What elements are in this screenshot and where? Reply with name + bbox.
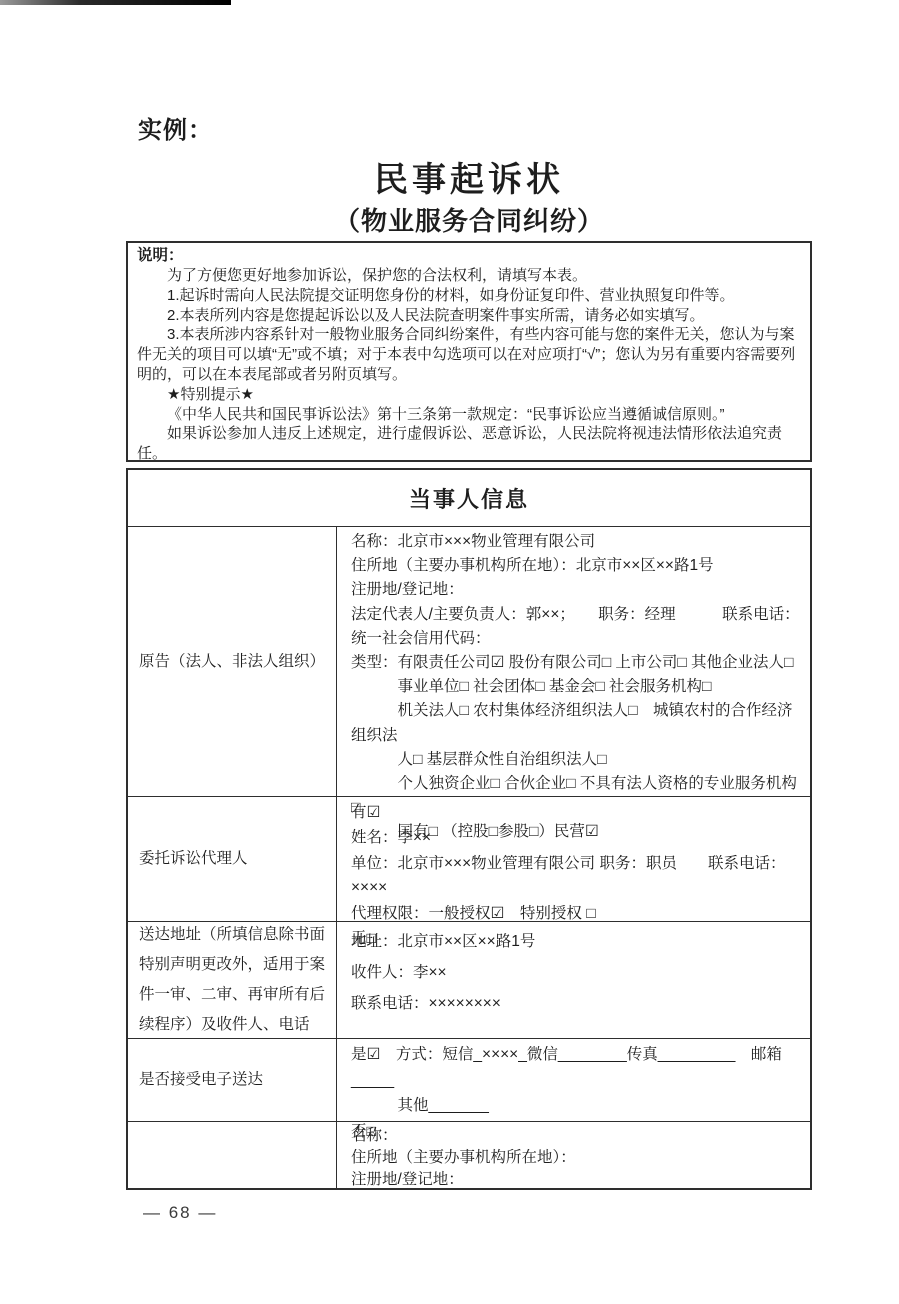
text-line: 2.本表所列内容是您提起诉讼以及人民法院查明案件事实所需，请务必如实填写。 bbox=[137, 306, 801, 326]
text-line: 住所地（主要办事机构所在地）：北京市××区××路1号 bbox=[351, 554, 800, 578]
party-info-table: 当事人信息 原告（法人、非法人组织） 名称：北京市×××物业管理有限公司住所地（… bbox=[126, 468, 812, 1190]
text-line: 是☑ 方式：短信_××××_微信________传真_________ 邮箱__… bbox=[351, 1042, 800, 1093]
text-line: 法定代表人/主要负责人：郭××； 职务：经理 联系电话： bbox=[351, 603, 800, 627]
text-line: 收件人：李×× bbox=[351, 956, 800, 987]
text-line: 名称：北京市×××物业管理有限公司 bbox=[351, 530, 800, 554]
scanned-document-page: 实例： 民事起诉状 （物业服务合同纠纷） 说明： 为了方便您更好地参加诉讼，保护… bbox=[0, 0, 899, 1304]
row-label-plaintiff: 原告（法人、非法人组织） bbox=[128, 527, 337, 796]
text-line: 事业单位□ 社会团体□ 基金会□ 社会服务机构□ bbox=[351, 675, 800, 699]
row-label-agent: 委托诉讼代理人 bbox=[128, 797, 337, 921]
text-line: 注册地/登记地： bbox=[351, 1169, 800, 1191]
row-label-electronic-service: 是否接受电子送达 bbox=[128, 1039, 337, 1121]
row-content-plaintiff: 名称：北京市×××物业管理有限公司住所地（主要办事机构所在地）：北京市××区××… bbox=[337, 527, 810, 796]
text-line: 有☑ bbox=[351, 800, 800, 825]
text-line: 如果诉讼参加人违反上述规定，进行虚假诉讼、恶意诉讼，人民法院将视违法情形依法追究… bbox=[137, 424, 801, 464]
page-number: — 68 — bbox=[143, 1203, 217, 1223]
document-title: 民事起诉状 bbox=[126, 152, 812, 201]
text-line: 单位：北京市×××物业管理有限公司 职务：职员 联系电话：×××× bbox=[351, 851, 800, 901]
text-line: 《中华人民共和国民事诉讼法》第十三条第一款规定：“民事诉讼应当遵循诚信原则。” bbox=[137, 405, 801, 425]
text-line: 1.起诉时需向人民法院提交证明您身份的材料，如身份证复印件、营业执照复印件等。 bbox=[137, 286, 801, 306]
table-row-agent: 委托诉讼代理人 有☑姓名：李××单位：北京市×××物业管理有限公司 职务：职员 … bbox=[128, 796, 810, 921]
text-line: 3.本表所涉内容系针对一般物业服务合同纠纷案件，有些内容可能与您的案件无关，您认… bbox=[137, 325, 801, 384]
text-line: 姓名：李×× bbox=[351, 825, 800, 850]
text-line: 机关法人□ 农村集体经济组织法人□ 城镇农村的合作经济组织法 bbox=[351, 699, 800, 747]
text-line: 类型：有限责任公司☑ 股份有限公司□ 上市公司□ 其他企业法人□ bbox=[351, 651, 800, 675]
text-line: 地址：北京市××区××路1号 bbox=[351, 925, 800, 956]
table-row-service-address: 送达地址（所填信息除书面特别声明更改外，适用于案件一审、二审、再审所有后续程序）… bbox=[128, 921, 810, 1038]
example-label: 实例： bbox=[138, 110, 213, 145]
row-content-service-address: 地址：北京市××区××路1号收件人：李××联系电话：×××××××× bbox=[337, 922, 810, 1038]
instructions-box: 说明： 为了方便您更好地参加诉讼，保护您的合法权利，请填写本表。1.起诉时需向人… bbox=[126, 241, 812, 462]
instructions-heading: 说明： bbox=[137, 246, 801, 266]
instructions-paragraphs: 为了方便您更好地参加诉讼，保护您的合法权利，请填写本表。1.起诉时需向人民法院提… bbox=[137, 266, 801, 464]
row-content-agent: 有☑姓名：李××单位：北京市×××物业管理有限公司 职务：职员 联系电话：×××… bbox=[337, 797, 810, 921]
row-label-service-address: 送达地址（所填信息除书面特别声明更改外，适用于案件一审、二审、再审所有后续程序）… bbox=[128, 922, 337, 1038]
text-line: 其他_______ bbox=[351, 1093, 800, 1119]
text-line: ★特别提示★ bbox=[137, 385, 801, 405]
table-row-plaintiff: 原告（法人、非法人组织） 名称：北京市×××物业管理有限公司住所地（主要办事机构… bbox=[128, 526, 810, 796]
text-line: 人□ 基层群众性自治组织法人□ bbox=[351, 748, 800, 772]
table-section-header: 当事人信息 bbox=[128, 470, 810, 526]
text-line: 统一社会信用代码： bbox=[351, 627, 800, 651]
document-subtitle: （物业服务合同纠纷） bbox=[126, 201, 812, 238]
text-line: 住所地（主要办事机构所在地）： bbox=[351, 1147, 800, 1169]
row-content-electronic-service: 是☑ 方式：短信_××××_微信________传真_________ 邮箱__… bbox=[337, 1039, 810, 1121]
table-row-next-party: 名称：住所地（主要办事机构所在地）：注册地/登记地： bbox=[128, 1121, 810, 1188]
table-row-electronic-service: 是否接受电子送达 是☑ 方式：短信_××××_微信________传真_____… bbox=[128, 1038, 810, 1121]
text-line: 名称： bbox=[351, 1125, 800, 1147]
text-line: 联系电话：×××××××× bbox=[351, 987, 800, 1018]
text-line: 为了方便您更好地参加诉讼，保护您的合法权利，请填写本表。 bbox=[137, 266, 801, 286]
scan-artifact-bar bbox=[0, 0, 231, 5]
row-content-next-party: 名称：住所地（主要办事机构所在地）：注册地/登记地： bbox=[337, 1122, 810, 1188]
row-label-next-party bbox=[128, 1122, 337, 1188]
text-line: 注册地/登记地： bbox=[351, 578, 800, 602]
